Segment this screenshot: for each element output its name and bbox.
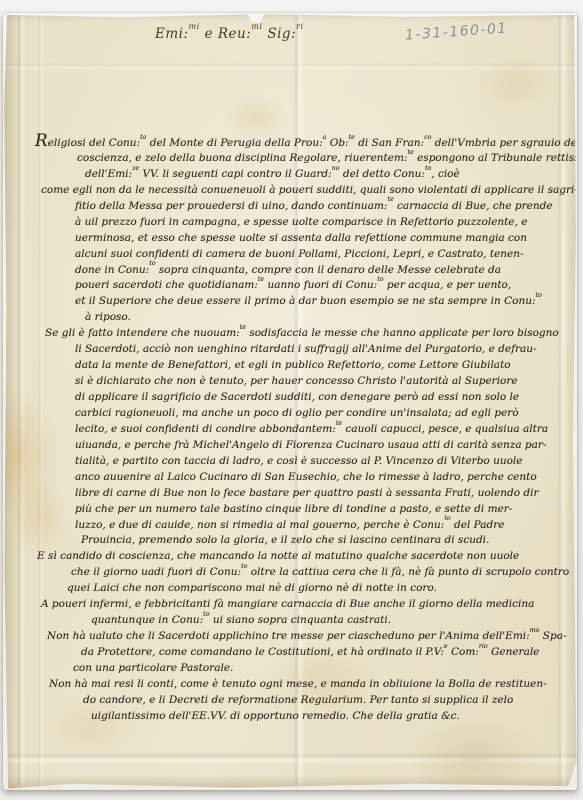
manuscript-line: à riposo. — [27, 310, 575, 326]
manuscript-line: à uil prezzo fuori in campagna, e spesse… — [27, 215, 575, 231]
manuscript-line: Non hà ualuto che li Sacerdoti applichin… — [27, 629, 575, 645]
manuscript-line: alcuni suoi confidenti di camera de buon… — [27, 247, 575, 263]
manuscript-line: tialità, e partito con taccia di ladro, … — [27, 454, 575, 470]
manuscript-line: E sì candido di coscienza, che mancando … — [27, 549, 575, 565]
manuscript-line: come egli non da le necessità conueneuol… — [27, 183, 575, 199]
manuscript-line: Non hà mai resi li conti, come è tenuto … — [27, 677, 575, 693]
manuscript-line: fitio della Messa per prouedersi di uino… — [27, 199, 575, 215]
manuscript-line: et il Superiore che deue essere il primo… — [27, 294, 575, 310]
manuscript-line: si è dichiarato che non è tenuto, per ha… — [27, 374, 575, 390]
manuscript-body: Religiosi del Conu:ta del Monte di Perug… — [27, 135, 575, 725]
manuscript-paper: Emi:mi e Reu:mi Sig:ri 1-31-160-01 Relig… — [3, 13, 577, 790]
manuscript-line: Prouincia, premendo solo la gloria, e il… — [27, 533, 575, 549]
manuscript-line: li Sacerdoti, acciò non uenghino ritarda… — [27, 342, 575, 358]
manuscript-line: con una particolare Pastorale. — [27, 661, 575, 677]
manuscript-line: quei Laici che non compariscono mai nè d… — [27, 581, 575, 597]
manuscript-line: do candore, e li Decreti de reformatione… — [27, 693, 575, 709]
manuscript-line: poueri sacerdoti che quotidianam:te uann… — [27, 278, 575, 294]
manuscript-line: data la mente de Benefattori, et egli in… — [27, 358, 575, 374]
manuscript-line: lecito, e suoi confidenti di condire abb… — [27, 422, 575, 438]
manuscript-line: uerminosa, et esso che spesse uolte si a… — [27, 231, 575, 247]
scan-background: Emi:mi e Reu:mi Sig:ri 1-31-160-01 Relig… — [0, 0, 583, 800]
manuscript-line: uiuanda, e perche frà Michel'Angelo di F… — [27, 438, 575, 454]
manuscript-line: A poueri infermi, e febbricitanti fà man… — [27, 597, 575, 613]
manuscript-line: carbici ragioneuoli, ma anche un poco di… — [27, 406, 575, 422]
manuscript-line: coscienza, e zelo della buona disciplina… — [27, 151, 575, 167]
manuscript-line: dell'Emi:ze VV. li seguenti capi contro … — [27, 167, 575, 183]
manuscript-line: luzzo, e due di cauide, non si rimedia a… — [27, 518, 575, 534]
manuscript-line: libre di carne di Bue non lo fece bastar… — [27, 486, 575, 502]
archive-number-pencil: 1-31-160-01 — [405, 20, 509, 43]
manuscript-line: done in Conu:to sopra cinquanta, compre … — [27, 263, 575, 279]
manuscript-line: quantunque in Conu:to ui siano sopra cin… — [27, 613, 575, 629]
manuscript-line: Se gli è fatto intendere che nuouam:te s… — [27, 326, 575, 342]
manuscript-line: che il giorno uadi fuori di Conu:to oltr… — [27, 565, 575, 581]
manuscript-line: anco auuenire al Laico Cucinaro di San E… — [27, 470, 575, 486]
manuscript-line: uigilantissimo dell'EE.VV. di opportuno … — [27, 709, 575, 725]
manuscript-line: Religiosi del Conu:ta del Monte di Perug… — [27, 135, 575, 151]
manuscript-line: più che per un numero tale bastino cinqu… — [27, 502, 575, 518]
manuscript-line: di applicare il sagrificio de Sacerdoti … — [27, 390, 575, 406]
manuscript-line: da Protettore, come comandano le Costitu… — [27, 645, 575, 661]
salutation-heading: Emi:mi e Reu:mi Sig:ri — [155, 26, 304, 42]
